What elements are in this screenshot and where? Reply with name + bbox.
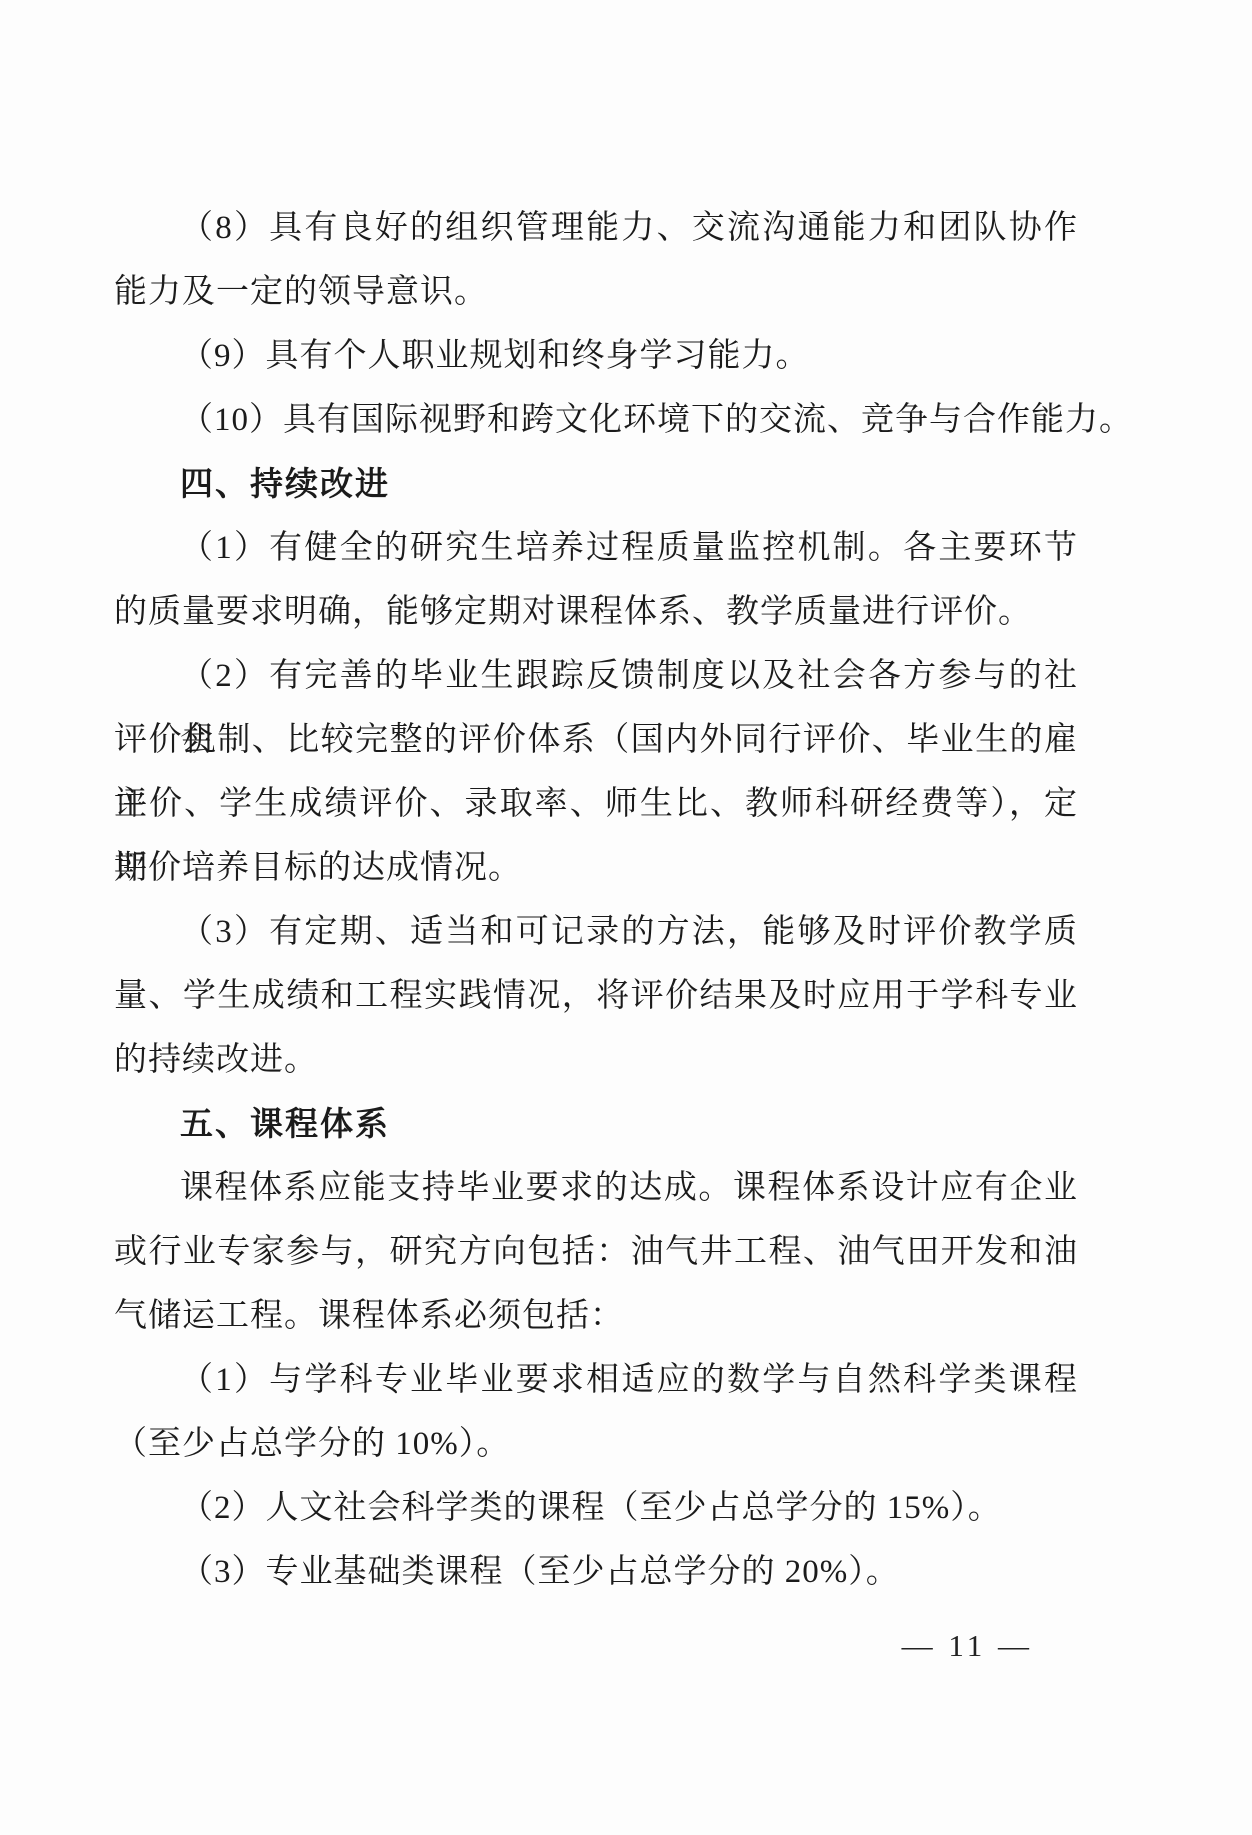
text-line: （10）具有国际视野和跨文化环境下的交流、竞争与合作能力。 (114, 388, 1078, 452)
text-line: （8）具有良好的组织管理能力、交流沟通能力和团队协作 (114, 196, 1078, 260)
document-page: （8）具有良好的组织管理能力、交流沟通能力和团队协作能力及一定的领导意识。（9）… (0, 0, 1252, 1835)
text-line: （1）有健全的研究生培养过程质量监控机制。各主要环节 (114, 516, 1078, 580)
text-line: 或行业专家参与，研究方向包括：油气井工程、油气田开发和油 (114, 1220, 1078, 1284)
text-line: 的持续改进。 (114, 1028, 1078, 1092)
text-line: （2）有完善的毕业生跟踪反馈制度以及社会各方参与的社会 (114, 644, 1078, 708)
text-line: （3）专业基础类课程（至少占总学分的 20%）。 (114, 1540, 1078, 1604)
text-block: （8）具有良好的组织管理能力、交流沟通能力和团队协作能力及一定的领导意识。（9）… (114, 196, 1078, 1604)
text-line: （2）人文社会科学类的课程（至少占总学分的 15%）。 (114, 1476, 1078, 1540)
text-line: 课程体系应能支持毕业要求的达成。课程体系设计应有企业 (114, 1156, 1078, 1220)
text-line: （至少占总学分的 10%）。 (114, 1412, 1078, 1476)
text-line: 评价、学生成绩评价、录取率、师生比、教师科研经费等），定期 (114, 772, 1078, 836)
text-line: 量、学生成绩和工程实践情况，将评价结果及时应用于学科专业 (114, 964, 1078, 1028)
text-line: 评价培养目标的达成情况。 (114, 836, 1078, 900)
text-line: 的质量要求明确，能够定期对课程体系、教学质量进行评价。 (114, 580, 1078, 644)
text-line: （9）具有个人职业规划和终身学习能力。 (114, 324, 1078, 388)
text-line: （1）与学科专业毕业要求相适应的数学与自然科学类课程 (114, 1348, 1078, 1412)
text-line: 评价机制、比较完整的评价体系（国内外同行评价、毕业生的雇主 (114, 708, 1078, 772)
text-line: （3）有定期、适当和可记录的方法，能够及时评价教学质 (114, 900, 1078, 964)
text-line: 能力及一定的领导意识。 (114, 260, 1078, 324)
page-footer: — 11 — (902, 1628, 1033, 1664)
section-heading: 四、持续改进 (114, 452, 1078, 516)
page-number: — 11 — (902, 1628, 1033, 1663)
section-heading: 五、课程体系 (114, 1092, 1078, 1156)
text-line: 气储运工程。课程体系必须包括： (114, 1284, 1078, 1348)
